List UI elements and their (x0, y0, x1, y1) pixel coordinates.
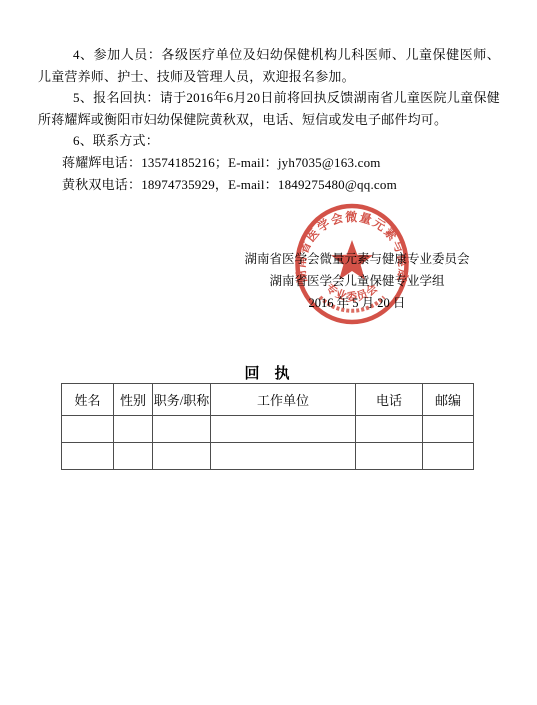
header-row: 姓名 性别 职务/职称 工作单位 电话 邮编 (62, 384, 474, 416)
signature-org-line2: 湖南省医学会儿童保健专业学组 (243, 271, 471, 293)
column-header-title: 职务/职称 (153, 384, 211, 416)
empty-cell (62, 443, 114, 470)
column-header-name: 姓名 (62, 384, 114, 416)
contact-line-jiang: 蒋耀辉电话：13574185216；E-mail：jyh7035@163.com (38, 152, 500, 174)
reply-slip-title: 回 执 (61, 362, 473, 383)
empty-cell (356, 443, 423, 470)
column-header-phone: 电话 (356, 384, 423, 416)
contact-line-huang: 黄秋双电话：18974735929，E-mail：1849275480@qq.c… (38, 174, 500, 196)
column-header-postcode: 邮编 (423, 384, 474, 416)
empty-row (62, 416, 474, 443)
empty-cell (114, 416, 153, 443)
empty-cell (423, 416, 474, 443)
notice-body: 4、参加人员：各级医疗单位及妇幼保健机构儿科医师、儿童保健医师、儿童营养师、护士… (38, 44, 500, 195)
empty-cell (423, 443, 474, 470)
reply-slip-table: 姓名 性别 职务/职称 工作单位 电话 邮编 (61, 383, 474, 470)
empty-cell (114, 443, 153, 470)
paragraph-reply-instructions: 5、报名回执：请于2016年6月20日前将回执反馈湖南省儿童医院儿童保健所蒋耀辉… (38, 87, 500, 130)
reply-table-body (62, 416, 474, 470)
signature-org-line1: 湖南省医学会微量元素与健康专业委员会 (243, 249, 471, 271)
empty-cell (62, 416, 114, 443)
paragraph-participants: 4、参加人员：各级医疗单位及妇幼保健机构儿科医师、儿童保健医师、儿童营养师、护士… (38, 44, 500, 87)
column-header-gender: 性别 (114, 384, 153, 416)
document-page: 4、参加人员：各级医疗单位及妇幼保健机构儿科医师、儿童保健医师、儿童营养师、护士… (0, 0, 537, 705)
empty-cell (211, 416, 356, 443)
paragraph-contact-heading: 6、联系方式： (38, 130, 500, 152)
empty-cell (153, 416, 211, 443)
empty-row (62, 443, 474, 470)
signature-block: 湖南省医学会微量元素与健康专业委员会 湖南省医学会儿童保健专业学组 2016 年… (243, 249, 471, 314)
empty-cell (356, 416, 423, 443)
column-header-workunit: 工作单位 (211, 384, 356, 416)
signature-date: 2016 年 5 月 20 日 (243, 293, 471, 315)
empty-cell (211, 443, 356, 470)
empty-cell (153, 443, 211, 470)
